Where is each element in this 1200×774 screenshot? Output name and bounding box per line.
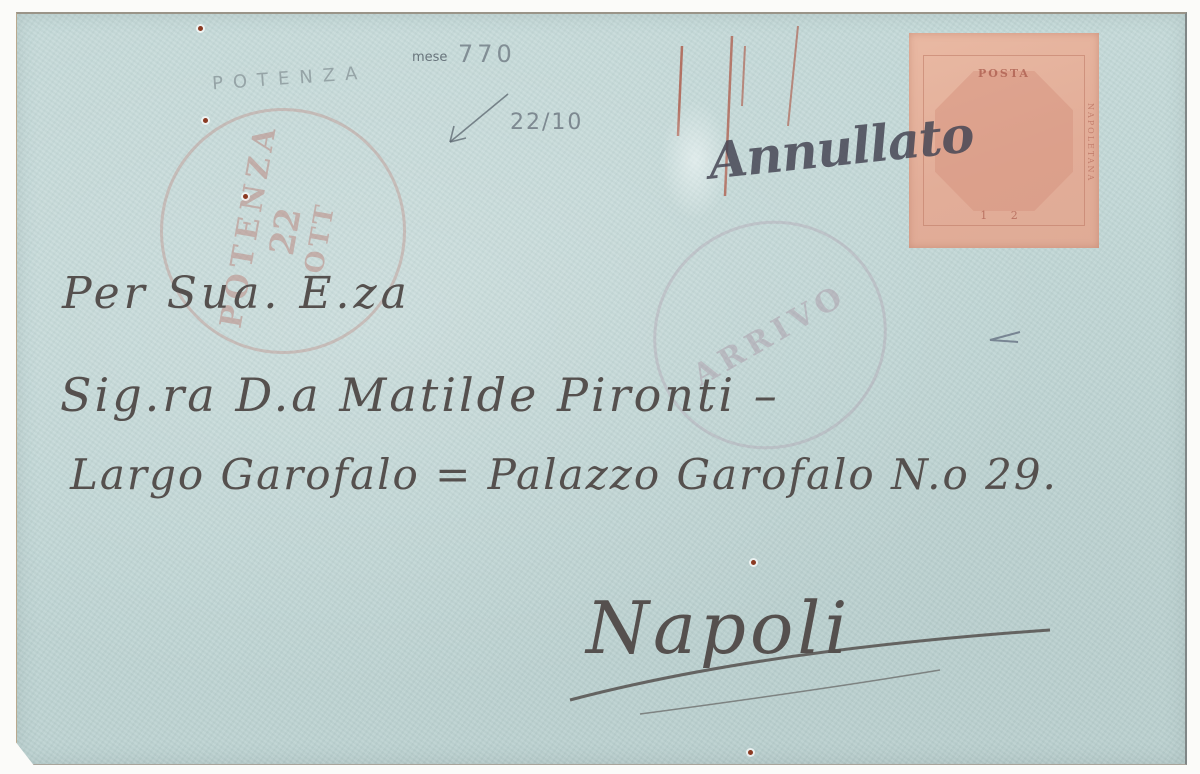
pinhole bbox=[748, 750, 753, 755]
stamp-top-label: POSTA bbox=[909, 67, 1099, 80]
address-line-1: Per Sua. E.za bbox=[62, 268, 411, 319]
pencil-mese-label: mese bbox=[412, 50, 447, 65]
pinhole bbox=[243, 194, 248, 199]
pinhole bbox=[203, 118, 208, 123]
pinhole bbox=[198, 26, 203, 31]
stamp-value: 1 2 bbox=[909, 209, 1099, 222]
address-line-3: Largo Garofalo = Palazzo Garofalo N.o 29… bbox=[70, 450, 1058, 499]
pencil-number: 770 bbox=[458, 40, 516, 68]
stamp-side-label: NAPOLETANA bbox=[1086, 103, 1095, 182]
pencil-arrow-icon bbox=[438, 90, 518, 150]
address-line-2: Sig.ra D.a Matilde Pironti – bbox=[60, 368, 780, 422]
city-flourish-underline bbox=[560, 610, 1060, 720]
pencil-check-mark bbox=[984, 328, 1024, 348]
pinhole bbox=[751, 560, 756, 565]
pencil-date: 22/10 bbox=[510, 110, 583, 135]
